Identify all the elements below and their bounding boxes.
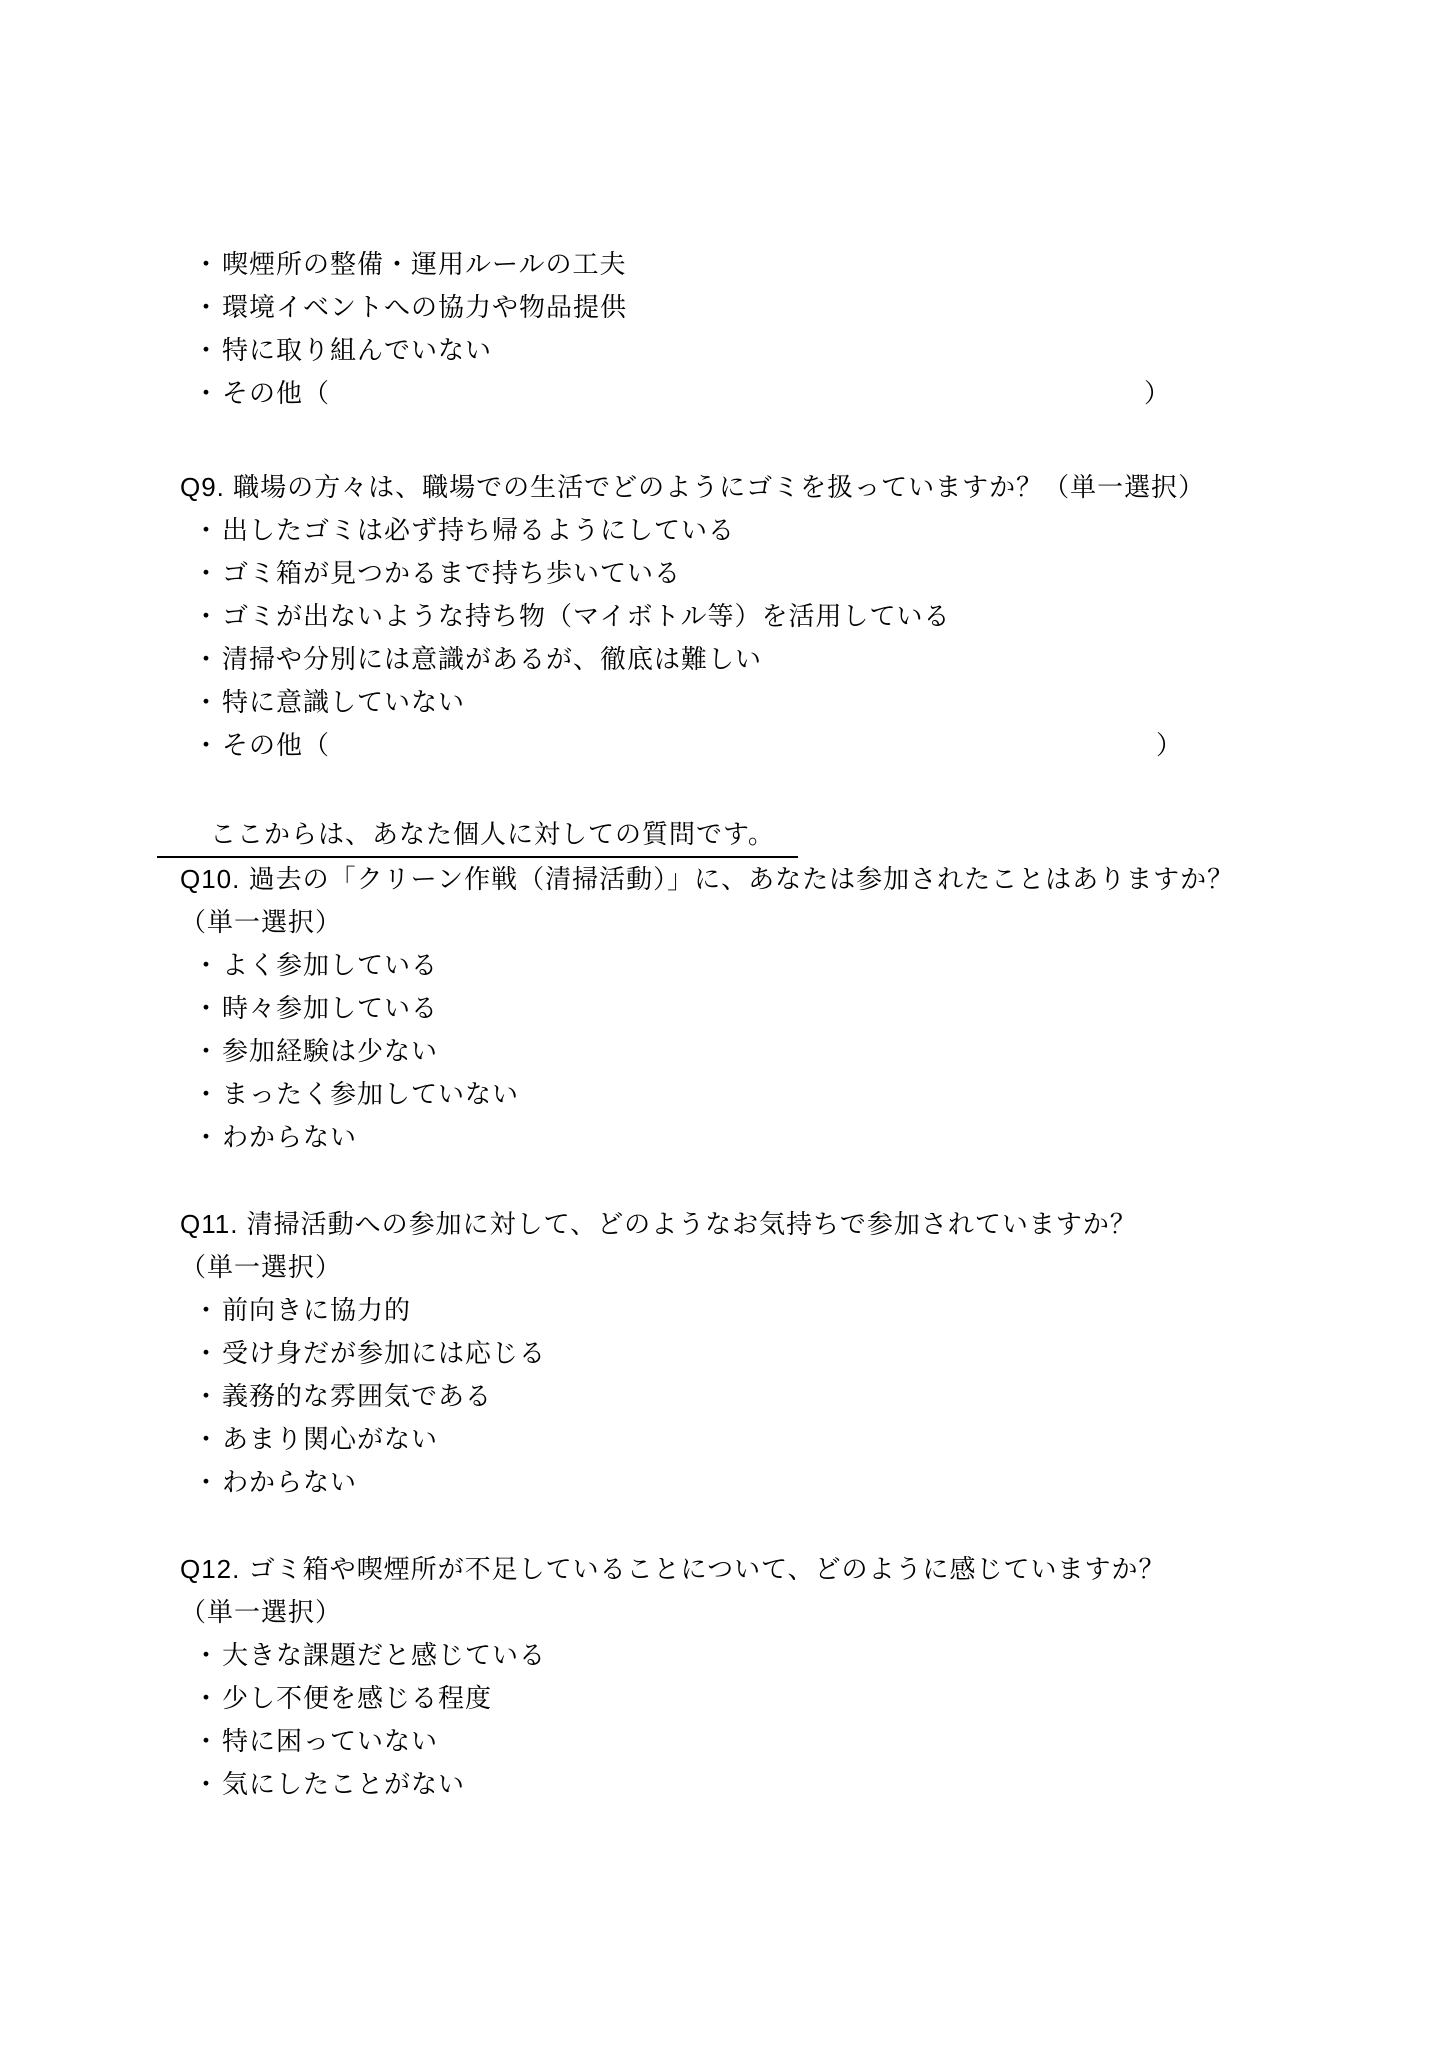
bullet-icon: ・ <box>193 638 220 681</box>
option-label: 出したゴミは必ず持ち帰るようにしている <box>222 515 735 545</box>
list-item: ・特に意識していない <box>193 681 1387 724</box>
option-label: 少し不便を感じる程度 <box>222 1683 492 1713</box>
bullet-icon: ・ <box>193 372 220 415</box>
question-title: Q12. ゴミ箱や喫煙所が不足していることについて、どのように感じていますか？ <box>180 1548 1387 1591</box>
option-label: 受け身だが参加には応じる <box>222 1338 546 1368</box>
question-q12: Q12. ゴミ箱や喫煙所が不足していることについて、どのように感じていますか？ … <box>180 1548 1387 1806</box>
list-item: ・大きな課題だと感じている <box>193 1634 1387 1677</box>
bullet-icon: ・ <box>193 944 220 987</box>
single-select-note: （単一選択） <box>180 901 1387 944</box>
option-label: わからない <box>222 1467 357 1497</box>
bullet-icon: ・ <box>193 1116 220 1159</box>
list-item: ・わからない <box>193 1116 1387 1159</box>
bullet-icon: ・ <box>193 243 220 286</box>
section-intro-text: ここからは、あなた個人に対しての質問です。 <box>157 813 798 858</box>
write-in-blank <box>330 401 1144 402</box>
list-item: ・清掃や分別には意識があるが、徹底は難しい <box>193 638 1387 681</box>
question-q11: Q11. 清掃活動への参加に対して、どのようなお気持ちで参加されていますか？ （… <box>180 1203 1387 1504</box>
bullet-icon: ・ <box>193 1030 220 1073</box>
bullet-icon: ・ <box>193 1418 220 1461</box>
option-label: ゴミ箱が見つかるまで持ち歩いている <box>222 558 681 588</box>
bullet-icon: ・ <box>193 1763 220 1806</box>
list-item: ・あまり関心がない <box>193 1418 1387 1461</box>
bullet-icon: ・ <box>193 286 220 329</box>
bullet-icon: ・ <box>193 1073 220 1116</box>
carryover-options-block: ・喫煙所の整備・運用ルールの工夫 ・環境イベントへの協力や物品提供 ・特に取り組… <box>180 243 1387 415</box>
list-item: ・少し不便を感じる程度 <box>193 1677 1387 1720</box>
option-label: 前向きに協力的 <box>222 1295 411 1325</box>
option-label: 時々参加している <box>222 993 438 1023</box>
option-label: 特に取り組んでいない <box>222 335 492 365</box>
option-label: 特に意識していない <box>222 687 465 717</box>
option-label: 環境イベントへの協力や物品提供 <box>222 292 627 322</box>
list-item: ・受け身だが参加には応じる <box>193 1332 1387 1375</box>
list-item: ・まったく参加していない <box>193 1073 1387 1116</box>
list-item: ・特に取り組んでいない <box>193 329 1387 372</box>
question-q9: Q9. 職場の方々は、職場での生活でどのようにゴミを扱っていますか？（単一選択）… <box>180 466 1387 767</box>
bullet-icon: ・ <box>193 552 220 595</box>
list-item: ・特に困っていない <box>193 1720 1387 1763</box>
bullet-icon: ・ <box>193 724 220 767</box>
list-item: ・よく参加している <box>193 944 1387 987</box>
option-label: 特に困っていない <box>222 1726 438 1756</box>
option-label: 喫煙所の整備・運用ルールの工夫 <box>222 249 626 279</box>
question-title: Q10. 過去の「クリーン作戦（清掃活動）」に、あなたは参加されたことはあります… <box>180 858 1387 901</box>
list-item-other: ・その他（） <box>193 372 1387 415</box>
section-intro-line: ここからは、あなた個人に対しての質問です。 <box>180 813 1387 858</box>
list-item: ・わからない <box>193 1461 1387 1504</box>
list-item: ・時々参加している <box>193 987 1387 1030</box>
list-item: ・ゴミが出ないような持ち物（マイボトル等）を活用している <box>193 595 1387 638</box>
list-item: ・喫煙所の整備・運用ルールの工夫 <box>193 243 1387 286</box>
question-title: Q11. 清掃活動への参加に対して、どのようなお気持ちで参加されていますか？ <box>180 1203 1387 1246</box>
option-label: ゴミが出ないような持ち物（マイボトル等）を活用している <box>222 601 950 631</box>
list-item: ・前向きに協力的 <box>193 1289 1387 1332</box>
option-label: あまり関心がない <box>222 1424 438 1454</box>
question-title: Q9. 職場の方々は、職場での生活でどのようにゴミを扱っていますか？（単一選択） <box>180 466 1387 509</box>
option-label: まったく参加していない <box>222 1079 519 1109</box>
list-item: ・参加経験は少ない <box>193 1030 1387 1073</box>
option-label: 清掃や分別には意識があるが、徹底は難しい <box>222 644 762 674</box>
option-label: その他（ <box>222 378 330 408</box>
bullet-icon: ・ <box>193 987 220 1030</box>
single-select-note: （単一選択） <box>180 1591 1387 1634</box>
close-paren: ） <box>1144 378 1171 408</box>
write-in-blank <box>330 753 1156 754</box>
bullet-icon: ・ <box>193 1332 220 1375</box>
bullet-icon: ・ <box>193 1677 220 1720</box>
single-select-note: （単一選択） <box>180 1246 1387 1289</box>
option-label: 気にしたことがない <box>222 1769 465 1799</box>
list-item: ・環境イベントへの協力や物品提供 <box>193 286 1387 329</box>
survey-document-page: ・喫煙所の整備・運用ルールの工夫 ・環境イベントへの協力や物品提供 ・特に取り組… <box>0 0 1447 2048</box>
question-q10: Q10. 過去の「クリーン作戦（清掃活動）」に、あなたは参加されたことはあります… <box>180 858 1387 1159</box>
list-item: ・気にしたことがない <box>193 1763 1387 1806</box>
option-label: 参加経験は少ない <box>222 1036 438 1066</box>
bullet-icon: ・ <box>193 509 220 552</box>
option-label: 大きな課題だと感じている <box>222 1640 546 1670</box>
list-item: ・ゴミ箱が見つかるまで持ち歩いている <box>193 552 1387 595</box>
list-item-other: ・その他（） <box>193 724 1387 767</box>
bullet-icon: ・ <box>193 1720 220 1763</box>
list-item: ・義務的な雰囲気である <box>193 1375 1387 1418</box>
bullet-icon: ・ <box>193 1634 220 1677</box>
bullet-icon: ・ <box>193 329 220 372</box>
bullet-icon: ・ <box>193 681 220 724</box>
option-label: よく参加している <box>222 950 438 980</box>
bullet-icon: ・ <box>193 595 220 638</box>
bullet-icon: ・ <box>193 1461 220 1504</box>
list-item: ・出したゴミは必ず持ち帰るようにしている <box>193 509 1387 552</box>
option-label: その他（ <box>222 730 330 760</box>
close-paren: ） <box>1156 730 1183 760</box>
option-label: 義務的な雰囲気である <box>222 1381 492 1411</box>
bullet-icon: ・ <box>193 1289 220 1332</box>
bullet-icon: ・ <box>193 1375 220 1418</box>
option-label: わからない <box>222 1122 357 1152</box>
